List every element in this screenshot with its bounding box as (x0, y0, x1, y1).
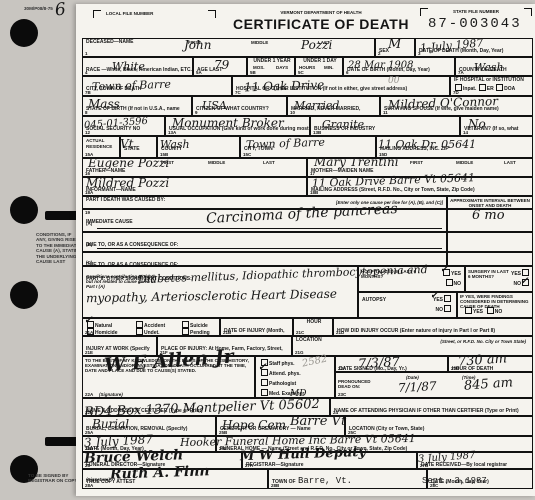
handwritten-first-name: John (184, 38, 212, 52)
handwritten-state-of-birth: Mass (88, 97, 120, 111)
department-name: VERMONT DEPARTMENT OF HEALTH (216, 10, 426, 15)
line-a-label: (A) (86, 221, 92, 226)
punch-hole-icon (10, 19, 38, 47)
box-number: 7A (458, 70, 464, 75)
box-number: 7C (235, 90, 241, 95)
under-1-day-label: UNDER 1 DAY (296, 58, 342, 65)
box-number: 22A (85, 392, 93, 397)
due-to-label: DUE TO, OR AS A CONSEQUENCE OF: (83, 241, 179, 248)
field-under-1-day: UNDER 1 DAY HOURS MIN. 5C (295, 57, 343, 76)
surgery-yes-checkbox (522, 269, 529, 276)
field-hospital-type: IF HOSPITAL or INSTITUTION Inpat. ER DOA… (450, 76, 533, 96)
autopsy-label: AUTOPSY (362, 297, 386, 304)
injury-hour-label: HOUR (294, 319, 332, 326)
attest-sublabel: (Signature) (86, 477, 110, 482)
handwritten-hospital-address: 11 Oak Drive (244, 78, 325, 95)
field-findings: IF YES, WERE FINDINGS CONSIDERED IN DETE… (457, 292, 533, 318)
handwritten-pronounced-date: 7/1/87 (398, 379, 437, 395)
box-number: 5B (250, 70, 256, 75)
handwritten-residence-city: Town of Barre (246, 136, 325, 152)
box-number: 21E (85, 350, 93, 355)
actual-residence-label: ACTUAL RESIDENCE (83, 137, 119, 149)
handwritten-industry: Granite (322, 118, 364, 131)
autopsy-no-checkbox (444, 305, 451, 312)
box-number: 28A (85, 483, 93, 488)
yes-label: YES (451, 271, 461, 277)
handwritten-city-of-death: Town of Barre (92, 78, 171, 94)
line-c-label: (C) (86, 260, 92, 265)
box-number: 5C (298, 70, 304, 75)
attend-phys-label: Attend. phys. (269, 371, 301, 377)
min-label: MIN. (324, 65, 334, 70)
hospital-type-label: IF HOSPITAL or INSTITUTION (451, 77, 532, 84)
part1-label: PART I DEATH WAS CAUSED BY: (83, 197, 166, 204)
box-number: 19 (85, 210, 90, 215)
hospitalized-no-checkbox (446, 279, 453, 286)
handwritten-sex: M (388, 37, 401, 52)
field-injury-how: HOW DID INJURY OCCUR (Enter nature of in… (333, 318, 533, 336)
autopsy-yes-checkbox (444, 295, 451, 302)
box-number: 28B (271, 483, 279, 488)
attend-phys-tick: ✓ (258, 362, 266, 373)
state-file-number-label: STATE FILE NUMBER (428, 9, 524, 14)
autopsy-no-tick: ✓ (430, 290, 438, 301)
col-middle-label: MIDDLE (456, 160, 473, 165)
handwritten-date-signed: 7/3/87 (358, 355, 401, 372)
handwritten-residence-state: Vt (120, 137, 134, 151)
col-middle-label: MIDDLE (208, 160, 225, 165)
med-examiner-checkbox (261, 389, 268, 396)
surgery-label: SURGERY IN LAST 6 MONTHS? (468, 269, 510, 279)
field-autopsy: AUTOPSY YES NO NO NO NO (358, 292, 457, 318)
box-number: 13A (168, 130, 176, 135)
col-last-label: LAST (504, 160, 516, 165)
interval-b (447, 232, 533, 252)
box-number: 13B (313, 130, 321, 135)
no-label: NO (436, 307, 444, 313)
handwritten-informant: Mildred Pozzi (86, 176, 169, 190)
handwritten-citizen: USA (202, 99, 227, 112)
certificate-paper: LOCAL FILE NUMBER VERMONT DEPARTMENT OF … (76, 4, 535, 496)
hospitalized-yes-tick: ✓ (440, 264, 448, 275)
handwritten-veteran: No (468, 117, 486, 131)
field-manner-of-death: Natural Homicide Accident Undet. Suicide… (82, 318, 220, 336)
box-number: 4 (85, 70, 88, 75)
bracket-icon (420, 8, 428, 16)
box-number: 9 (195, 110, 198, 115)
local-file-number-label: LOCAL FILE NUMBER (106, 11, 153, 16)
box-number: 17 (310, 171, 315, 176)
field-injury-hour: HOUR 21C (293, 318, 333, 336)
interval-c (447, 252, 533, 266)
days-label: DAYS (276, 65, 288, 70)
box-number: 7D (453, 90, 459, 95)
binder-tab-icon (45, 437, 79, 446)
pronounced-label: PRONOUNCED DEAD ON: (338, 379, 384, 389)
cause-b-line (97, 248, 442, 249)
handwritten-residence-mailing: 11 Oak Dr. 05641 (378, 138, 476, 151)
field-residence-side: ACTUAL RESIDENCE 15A (82, 136, 120, 158)
natural-tick: ✓ (84, 315, 92, 326)
pencil-note-00: 00 (388, 76, 399, 86)
cause-a-line (97, 228, 442, 229)
handwritten-last-name: Pozzi (301, 38, 332, 52)
typed-attest-date: Sept. 3,1987 (422, 476, 487, 486)
handwritten-page-number: 6 (54, 0, 67, 21)
suicide-checkbox (182, 321, 189, 328)
bracket-icon (524, 8, 532, 16)
handwritten-cemetery: Hope Cem (222, 418, 286, 432)
surgery-no-tick: ✓ (520, 276, 528, 287)
pending-checkbox (182, 328, 189, 335)
box-number: 23C (338, 392, 346, 397)
box-number: 21C (296, 330, 304, 335)
box-number: 7B (85, 90, 91, 95)
box-number: 21A (85, 330, 93, 335)
box-number: 18A (85, 190, 93, 195)
handwritten-father-name: Eugene Pozzi (88, 156, 169, 170)
doa-checkbox (496, 84, 503, 91)
accident-checkbox (136, 321, 143, 328)
doa-option-label: DOA (504, 86, 515, 92)
yes-label: YES (473, 309, 483, 315)
typed-town-of: Barre, Vt. (298, 476, 352, 486)
box-number: 21D (336, 330, 344, 335)
under-1-year-label: UNDER 1 YEAR (248, 58, 294, 65)
er-option-label: ER (487, 86, 494, 92)
pathologist-checkbox (261, 379, 268, 386)
handwritten-disposition: Burial (92, 417, 129, 431)
box-number: 5A (196, 70, 202, 75)
line-b-label: (B) (86, 242, 92, 247)
handwritten-marital-status: Married (294, 99, 339, 112)
box-number: 15C (243, 152, 251, 157)
no-label: NO (454, 281, 462, 287)
form-title: CERTIFICATE OF DEATH (196, 16, 446, 32)
box-number: 23A (338, 366, 346, 371)
deceased-name-label: DECEASED—NAME (83, 39, 135, 46)
findings-no-checkbox (487, 307, 494, 314)
handwritten-residence-county: Wash (160, 138, 190, 151)
handwritten-mother-name: Mary Trentini (314, 155, 399, 169)
box-number: 21B (223, 330, 231, 335)
bracket-icon (93, 10, 101, 18)
handwritten-age: 79 (214, 58, 229, 72)
staff-phys-label: Staff phys. (269, 361, 295, 367)
handwritten-cemetery-location: Barre Vt (290, 414, 346, 429)
box-number: 18B (310, 190, 318, 195)
no-label: NO (495, 309, 503, 315)
handwritten-race: White (112, 60, 145, 73)
handwritten-interval: 6 mo (472, 208, 505, 223)
col-first-label: FIRST (410, 160, 423, 165)
handwritten-county-of-death: Wash (474, 61, 504, 74)
box-number: 21G (295, 350, 304, 355)
injury-location-sublabel: (Street, or R.F.D. No. City or Town Stat… (440, 339, 526, 344)
col-last-label: LAST (263, 160, 275, 165)
field-under-1-year: UNDER 1 YEAR MOS. DAYS 5B (247, 57, 295, 76)
field-attending-physician: NAME OF ATTENDING PHYSICIAN IF OTHER THA… (330, 398, 533, 416)
cause-line-b: DUE TO, OR AS A CONSEQUENCE OF: (B) (82, 232, 447, 252)
field-injury-date: DATE OF INJURY (Month, Day, Year) 21B (220, 318, 293, 336)
findings-yes-checkbox (465, 307, 472, 314)
handwritten-occupation: Monument Broker (172, 116, 284, 130)
injury-how-label: HOW DID INJURY OCCUR (Enter nature of in… (334, 327, 496, 334)
pathologist-label: Pathologist (269, 381, 296, 387)
col-middle-label: MIDDLE (251, 40, 268, 45)
scanned-death-certificate: 30M/P08/8-75 6 CONDITIONS, IF ANY, GIVIN… (0, 0, 535, 500)
attending-physician-label: NAME OF ATTENDING PHYSICIAN IF OTHER THA… (331, 407, 520, 414)
inpatient-option-label: Inpat. (463, 86, 476, 92)
signature-label: (Signature) (99, 392, 123, 397)
undetermined-checkbox (136, 328, 143, 335)
er-checkbox (479, 84, 486, 91)
box-number: 2 (378, 51, 381, 56)
punch-hole-icon (10, 281, 38, 309)
box-number: 1 (85, 51, 88, 56)
handwritten-date-of-birth: 28 Mar 1908 (348, 60, 414, 71)
injury-location-label: LOCATION (293, 337, 323, 344)
box-number: 11 (383, 110, 388, 115)
punch-hole-icon (10, 196, 38, 224)
cemetery-location-label: LOCATION (City or Town, State) (346, 425, 425, 432)
state-file-number-value: 87-003043 (428, 16, 522, 32)
